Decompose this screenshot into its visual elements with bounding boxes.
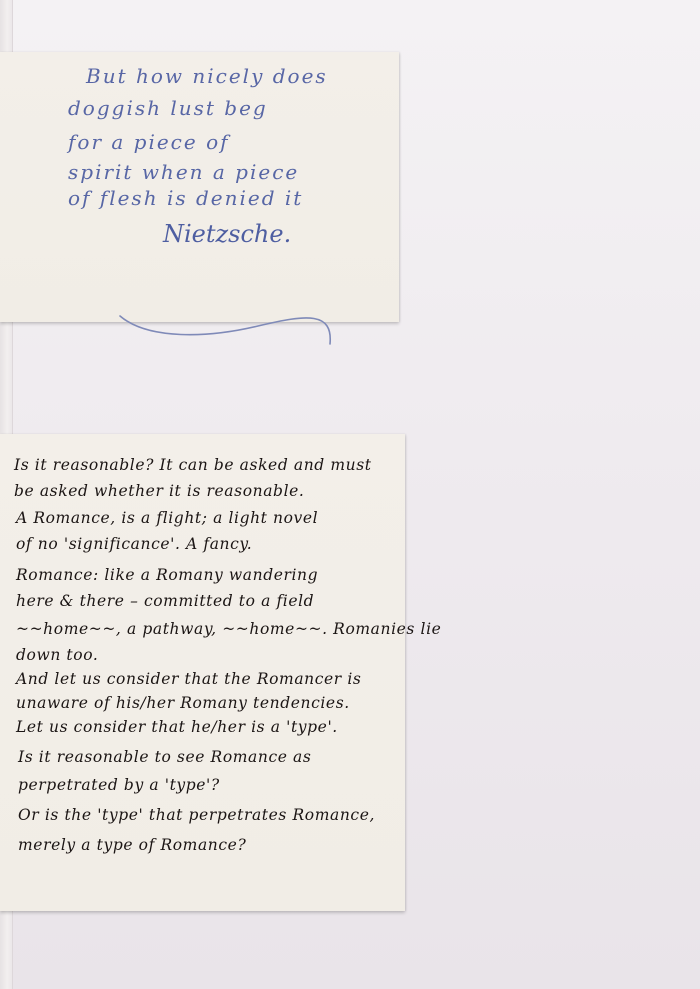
- quote-line: spirit when a piece: [68, 160, 299, 184]
- note-romance-essay: Is it reasonable? It can be asked and mu…: [0, 434, 405, 911]
- essay-line: And let us consider that the Romancer is: [16, 670, 361, 688]
- essay-line: A Romance, is a flight; a light novel: [16, 509, 318, 527]
- essay-line: of no 'significance'. A fancy.: [16, 535, 252, 553]
- essay-line: Is it reasonable? It can be asked and mu…: [14, 456, 372, 474]
- quote-line: doggish lust beg: [68, 96, 268, 120]
- signature-flourish-icon: [118, 304, 338, 354]
- note-nietzsche-quote: But how nicely does doggish lust beg for…: [0, 52, 399, 322]
- signature: Nietzsche.: [163, 220, 291, 248]
- essay-line: be asked whether it is reasonable.: [14, 482, 304, 500]
- essay-line: Let us consider that he/her is a 'type'.: [16, 718, 338, 736]
- essay-line: Is it reasonable to see Romance as: [18, 748, 311, 766]
- essay-line: merely a type of Romance?: [18, 836, 246, 854]
- essay-line: here & there – committed to a field: [16, 592, 314, 610]
- essay-line: unaware of his/her Romany tendencies.: [16, 694, 350, 712]
- essay-line: ~~home~~, a pathway, ~~home~~. Romanies …: [16, 620, 441, 638]
- quote-line: But how nicely does: [86, 64, 328, 88]
- essay-line: Romance: like a Romany wandering: [16, 566, 318, 584]
- essay-line: perpetrated by a 'type'?: [18, 776, 220, 794]
- essay-line: Or is the 'type' that perpetrates Romanc…: [18, 806, 375, 824]
- quote-line: of flesh is denied it: [68, 186, 303, 210]
- quote-line: for a piece of: [68, 130, 230, 154]
- essay-line: down too.: [16, 646, 98, 664]
